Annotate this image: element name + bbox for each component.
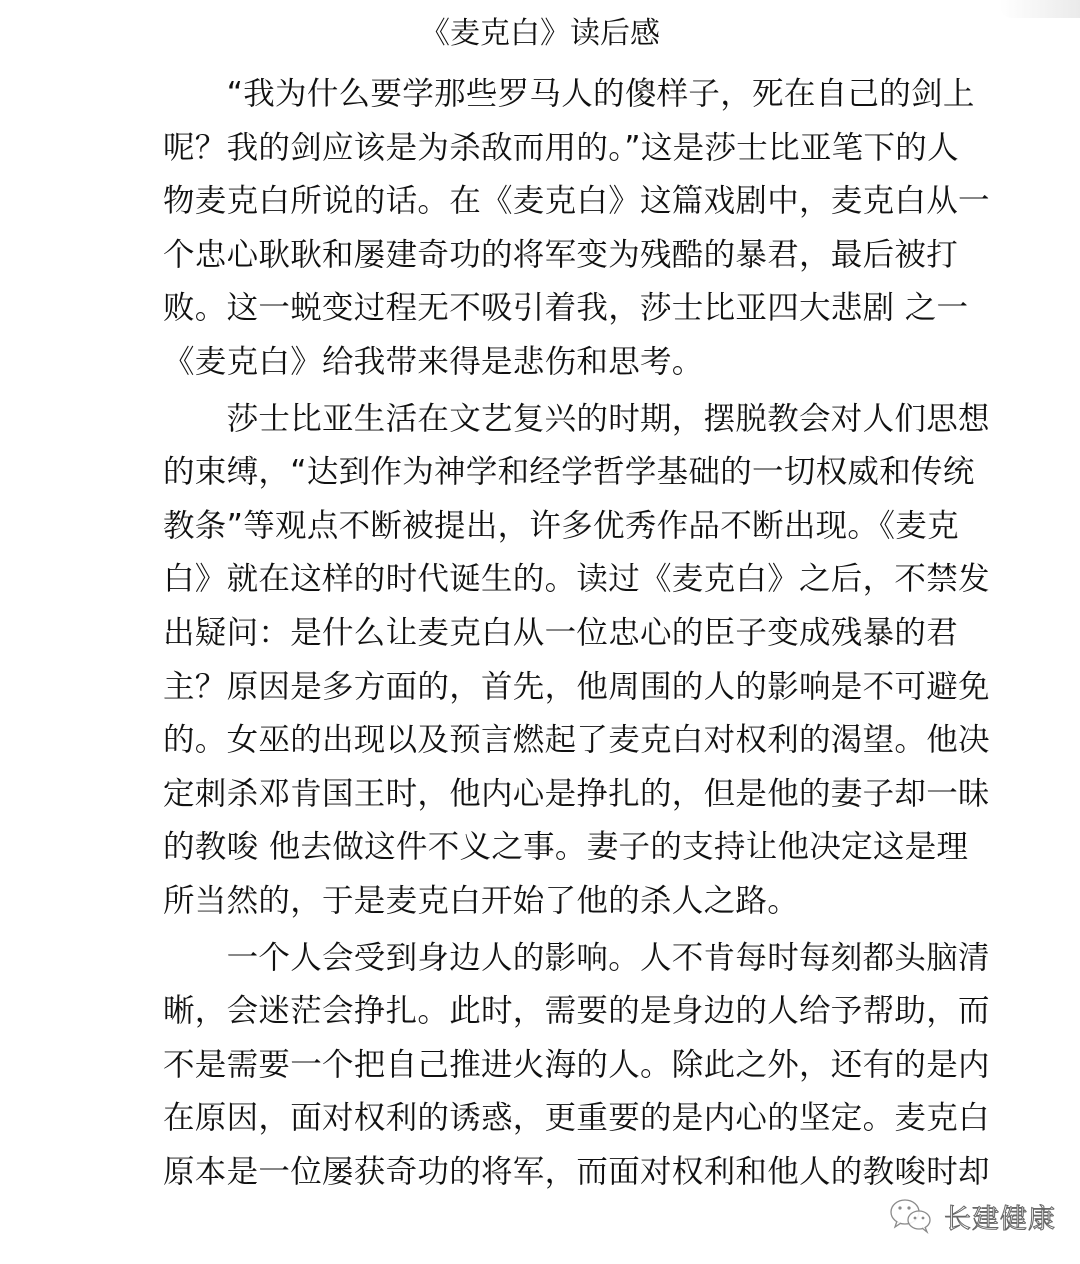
watermark: 长建健康 <box>888 1196 1056 1236</box>
paragraph-3: 一个人会受到身边人的影响。人不肯每时每刻都头脑清 晰，会迷茫会挣扎。此时，需要的… <box>163 932 919 1200</box>
text-line: 晰，会迷茫会挣扎。此时，需要的是身边的人给予帮助，而 <box>163 985 919 1039</box>
text-line: 呢？我的剑应该是为杀敌而用的。”这是莎士比亚笔下的人 <box>163 122 919 176</box>
text-line: 的教唆 他去做这件不义之事。妻子的支持让他决定这是理 <box>163 821 919 875</box>
document-body: “我为什么要学那些罗马人的傻样子，死在自己的剑上 呢？我的剑应该是为杀敌而用的。… <box>163 68 919 1199</box>
text-line: 原本是一位屡获奇功的将军，而面对权利和他人的教唆时却 <box>163 1146 919 1200</box>
text-line: 教条”等观点不断被提出，许多优秀作品不断出现。《麦克 <box>163 500 919 554</box>
text-line: 定刺杀邓肯国王时，他内心是挣扎的，但是他的妻子却一昧 <box>163 768 919 822</box>
text-line: 所当然的，于是麦克白开始了他的杀人之路。 <box>163 875 919 929</box>
text-line: 白》就在这样的时代诞生的。读过《麦克白》之后，不禁发 <box>163 553 919 607</box>
text-line: 出疑问：是什么让麦克白从一位忠心的臣子变成残暴的君 <box>163 607 919 661</box>
text-line: 物麦克白所说的话。在《麦克白》这篇戏剧中，麦克白从一 <box>163 175 919 229</box>
text-line: 的束缚，“达到作为神学和经学哲学基础的一切权威和传统 <box>163 446 919 500</box>
paragraph-2: 莎士比亚生活在文艺复兴的时期，摆脱教会对人们思想 的束缚，“达到作为神学和经学哲… <box>163 393 919 929</box>
paragraph-1: “我为什么要学那些罗马人的傻样子，死在自己的剑上 呢？我的剑应该是为杀敌而用的。… <box>163 68 919 390</box>
text-line: 的。女巫的出现以及预言燃起了麦克白对权利的渴望。他决 <box>163 714 919 768</box>
text-line: 一个人会受到身边人的影响。人不肯每时每刻都头脑清 <box>163 932 919 986</box>
document-title: 《麦克白》读后感 <box>0 14 1080 54</box>
watermark-text: 长建健康 <box>944 1197 1056 1236</box>
text-line: 《麦克白》给我带来得是悲伤和思考。 <box>163 336 919 390</box>
wechat-icon <box>888 1196 934 1236</box>
text-line: 个忠心耿耿和屡建奇功的将军变为残酷的暴君，最后被打 <box>163 229 919 283</box>
text-line: 莎士比亚生活在文艺复兴的时期，摆脱教会对人们思想 <box>163 393 919 447</box>
text-line: 败。这一蜕变过程无不吸引着我，莎士比亚四大悲剧 之一 <box>163 282 919 336</box>
text-line: 在原因，面对权利的诱惑，更重要的是内心的坚定。麦克白 <box>163 1092 919 1146</box>
text-line: 不是需要一个把自己推进火海的人。除此之外，还有的是内 <box>163 1039 919 1093</box>
text-line: 主？原因是多方面的，首先，他周围的人的影响是不可避免 <box>163 661 919 715</box>
text-line: “我为什么要学那些罗马人的傻样子，死在自己的剑上 <box>163 68 919 122</box>
